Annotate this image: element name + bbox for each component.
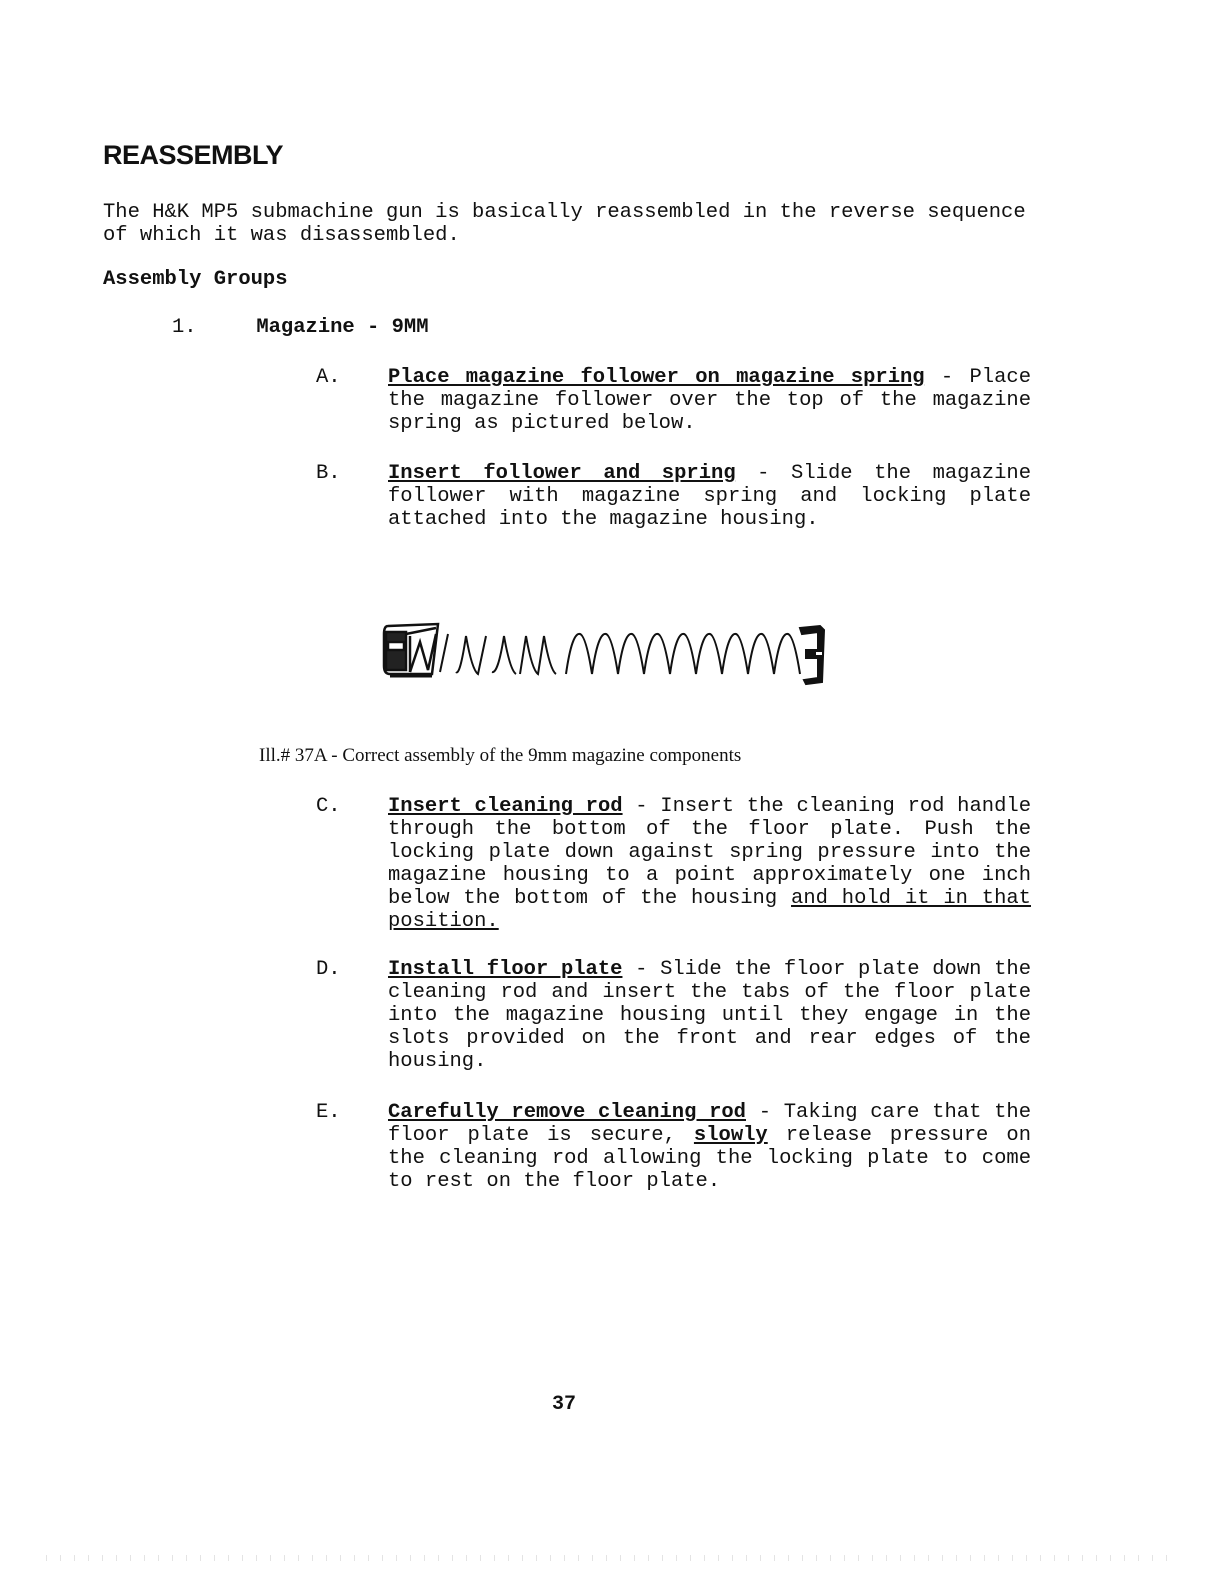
- step-separator: -: [746, 1101, 784, 1124]
- magazine-spring-follower-illustration: [380, 612, 840, 688]
- intro-paragraph: The H&K MP5 submachine gun is basically …: [103, 201, 1043, 247]
- step-body: Carefully remove cleaning rod - Taking c…: [388, 1101, 1031, 1193]
- step-body: Place magazine follower on magazine spri…: [388, 366, 1031, 435]
- figure-caption: Ill.# 37A - Correct assembly of the 9mm …: [259, 745, 741, 767]
- step-letter: B.: [316, 462, 341, 485]
- group-number: 1.: [172, 316, 244, 339]
- step-heading: Install floor plate: [388, 958, 622, 981]
- step-heading: Insert follower and spring: [388, 462, 736, 485]
- step-heading: Carefully remove cleaning rod: [388, 1101, 746, 1124]
- step-heading: Place magazine follower on magazine spri…: [388, 366, 925, 389]
- step-body: Install floor plate - Slide the floor pl…: [388, 958, 1031, 1073]
- step-letter: D.: [316, 958, 341, 981]
- spring-icon: [380, 612, 840, 688]
- step-separator: -: [622, 958, 660, 981]
- step-separator: -: [736, 462, 791, 485]
- section-heading: Assembly Groups: [103, 268, 288, 291]
- step-letter: C.: [316, 795, 341, 818]
- step-letter: E.: [316, 1101, 341, 1124]
- step-body: Insert follower and spring - Slide the m…: [388, 462, 1031, 531]
- assembly-group-item: 1. Magazine - 9MM: [172, 316, 429, 339]
- step-separator: -: [623, 795, 661, 818]
- group-label: Magazine - 9MM: [256, 316, 428, 339]
- step-body: Insert cleaning rod - Insert the cleanin…: [388, 795, 1031, 933]
- step-emphasis: slowly: [694, 1124, 768, 1147]
- step-letter: A.: [316, 366, 341, 389]
- scan-artifact-divider: [40, 1555, 1180, 1561]
- step-heading: Insert cleaning rod: [388, 795, 623, 818]
- page-number: 37: [552, 1393, 576, 1416]
- page-title: REASSEMBLY: [103, 140, 283, 171]
- step-separator: -: [925, 366, 970, 389]
